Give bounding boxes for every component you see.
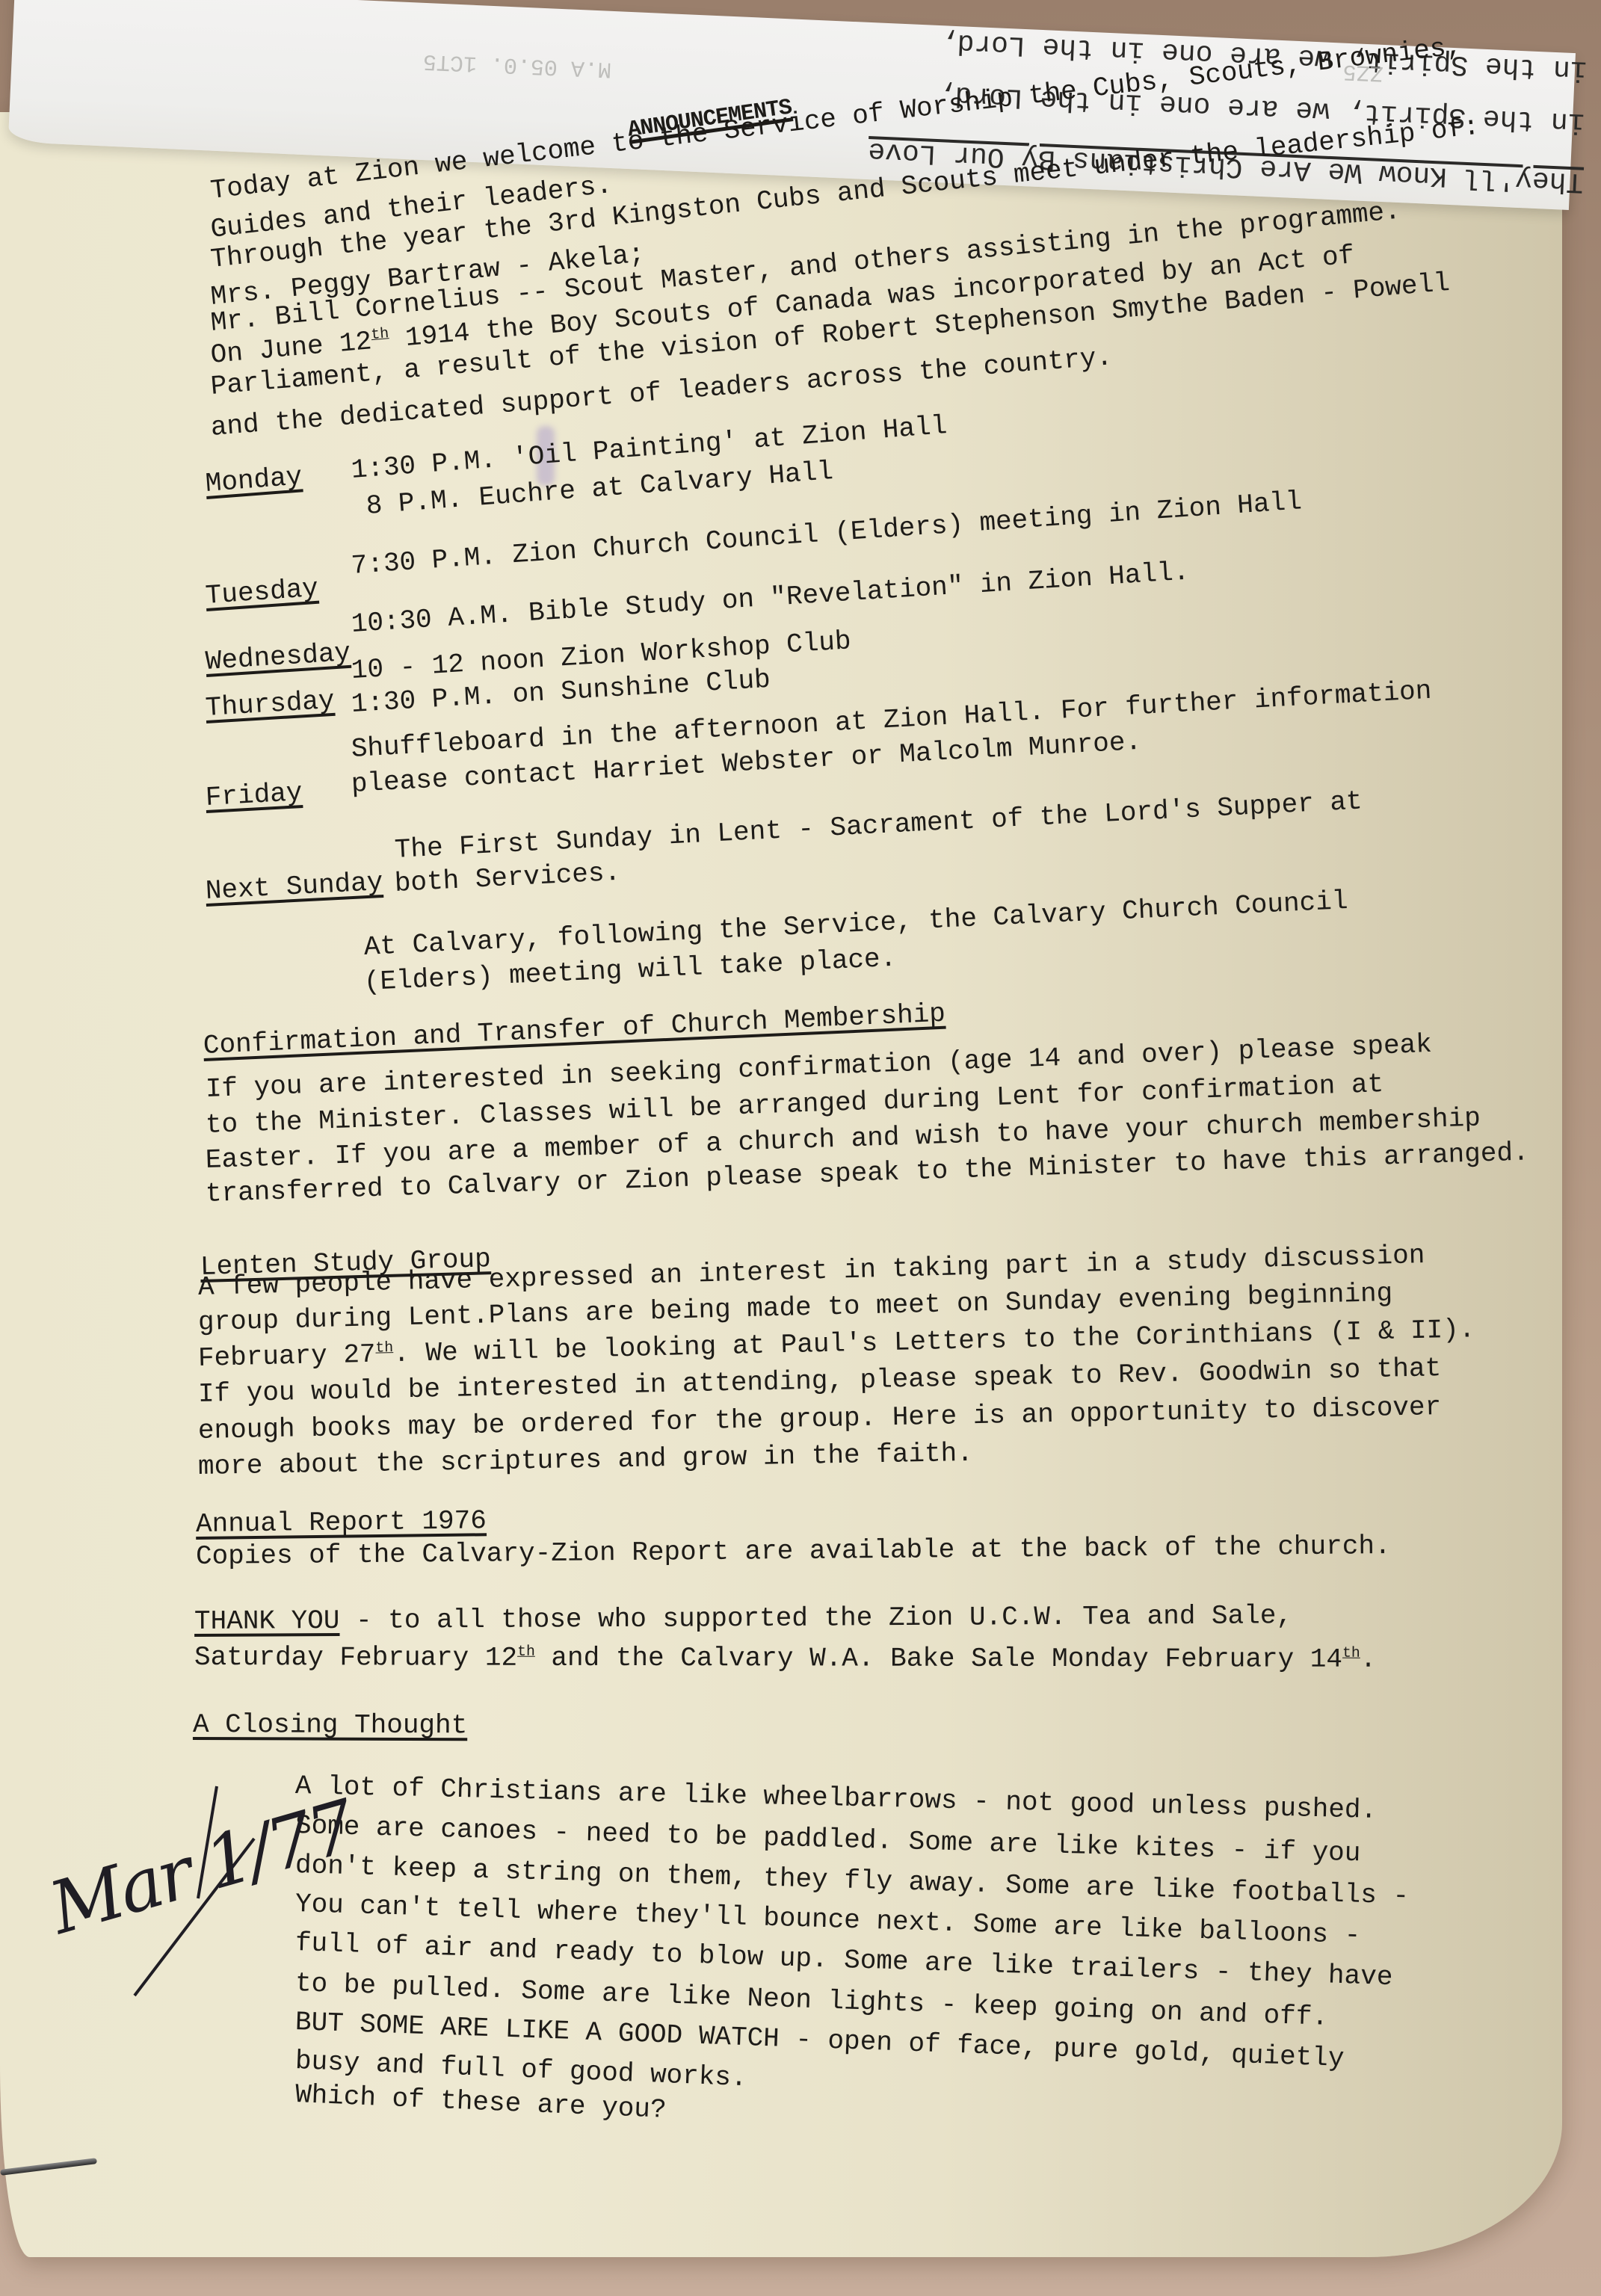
schedule-day-label: Friday <box>205 780 303 812</box>
section-title: Annual Report 1976 <box>196 1507 487 1538</box>
schedule-entry: both Services. <box>394 860 621 898</box>
thank-you-line: THANK YOU - to all those who supported t… <box>194 1602 1292 1635</box>
thank-you-line: Saturday February 12th and the Calvary W… <box>194 1644 1376 1673</box>
handwritten-date: Mar 1/77 <box>45 1779 291 2003</box>
schedule-day-label: Thursday <box>205 688 336 722</box>
schedule-day: Friday <box>205 777 303 813</box>
schedule-day: Wednesday <box>205 638 352 677</box>
section-line: Copies of the Calvary-Zion Report are av… <box>196 1533 1391 1570</box>
thank-you-label: THANK YOU <box>194 1605 340 1637</box>
closing-title: A Closing Thought <box>193 1712 467 1739</box>
schedule-day-label: Next Sunday <box>205 869 383 905</box>
schedule-entry: The First Sunday in Lent - Sacrament of … <box>394 788 1363 864</box>
schedule-day: Thursday <box>205 685 336 723</box>
schedule-day-label: Monday <box>205 463 303 498</box>
section-line: more about the scriptures and grow in th… <box>198 1440 973 1481</box>
schedule-day: Tuesday <box>205 573 320 611</box>
schedule-day: Monday <box>204 461 303 499</box>
schedule-day-label: Wednesday <box>205 640 351 676</box>
schedule-day-label: Tuesday <box>205 575 319 610</box>
schedule-day: Next Sunday <box>205 867 383 907</box>
